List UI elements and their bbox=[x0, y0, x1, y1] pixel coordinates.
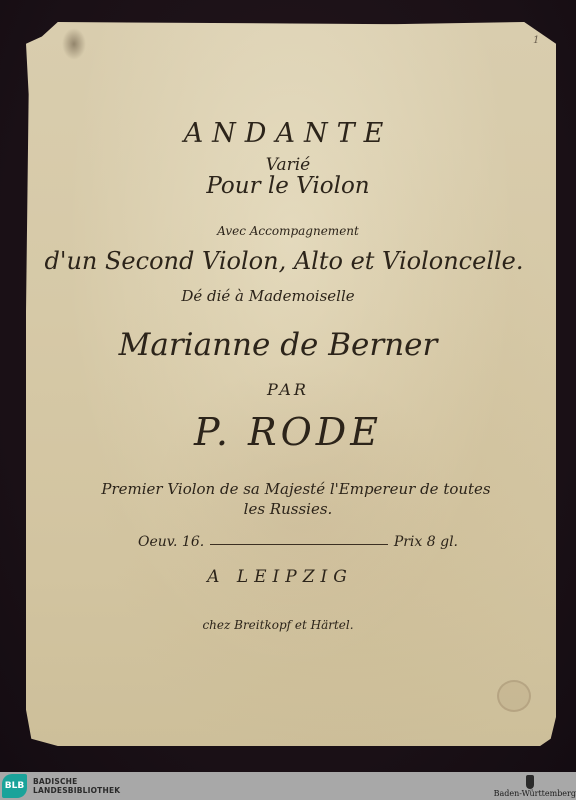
by-label: PAR bbox=[0, 380, 576, 399]
pencil-page-number: 1 bbox=[533, 35, 539, 46]
composer-name: P. RODE bbox=[0, 410, 576, 454]
coat-of-arms-icon bbox=[526, 775, 534, 789]
title-varie: Varié bbox=[0, 155, 576, 175]
dedicatee-name: Marianne de Berner bbox=[0, 327, 566, 363]
subtitle-instruments: d'un Second Violon, Alto et Violoncelle. bbox=[0, 247, 572, 275]
library-name-line2: LANDESBIBLIOTHEK bbox=[33, 786, 120, 795]
title-pour-le-violon: Pour le Violon bbox=[0, 173, 576, 199]
composer-title-line1: Premier Violon de sa Majesté l'Empereur … bbox=[8, 480, 576, 498]
price: Prix 8 gl. bbox=[394, 534, 458, 550]
ink-stain bbox=[62, 28, 86, 60]
water-ring-stain bbox=[497, 680, 531, 712]
engraved-rule bbox=[210, 544, 388, 545]
dedication-label: Dé dié à Mademoiselle bbox=[0, 287, 556, 305]
state-name: Baden-Württemberg bbox=[494, 789, 576, 798]
library-name: BADISCHE LANDESBIBLIOTHEK bbox=[33, 777, 120, 795]
title-andante: ANDANTE bbox=[0, 118, 576, 149]
library-name-line1: BADISCHE bbox=[33, 777, 120, 786]
state-branding: Baden-Württemberg bbox=[436, 772, 576, 800]
composer-title-line2: les Russies. bbox=[0, 500, 576, 518]
blb-logo-icon: BLB bbox=[2, 774, 27, 798]
footer-bar: BLB BADISCHE LANDESBIBLIOTHEK Baden-Würt… bbox=[0, 772, 576, 800]
imprint-publisher: chez Breitkopf et Härtel. bbox=[0, 618, 566, 632]
opus-price-row: Oeuv. 16. Prix 8 gl. bbox=[138, 528, 458, 550]
imprint-city: A LEIPZIG bbox=[0, 567, 568, 587]
subtitle-accompaniment: Avec Accompagnement bbox=[0, 224, 576, 238]
opus-number: Oeuv. 16. bbox=[138, 534, 204, 550]
